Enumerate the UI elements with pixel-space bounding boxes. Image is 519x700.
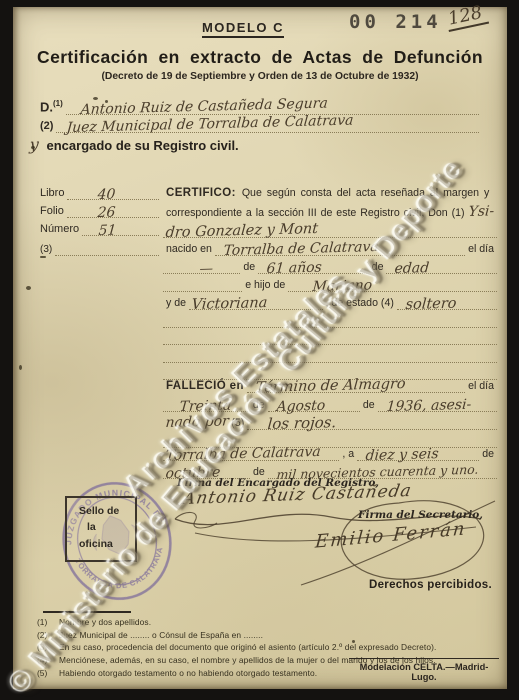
death-day-line: Treinta <box>163 394 250 412</box>
hijo-label: e hijo de <box>242 279 288 292</box>
dotted-line <box>163 327 497 345</box>
de-label-2: de <box>369 261 387 274</box>
footnote-text: Juez Municipal de ........ o Cónsul de E… <box>59 629 263 641</box>
death-day-handwriting: Treinta <box>179 399 232 414</box>
deceased-name-handwriting-1: Ysi- <box>468 204 495 219</box>
a-label: , a <box>339 448 357 461</box>
de-label-5: de <box>479 448 497 461</box>
footnote-text: En su caso, procedencia del documento qu… <box>59 641 436 653</box>
estado-label: , de estado (4) <box>323 297 397 310</box>
issue-place-row: Torralba de Calatrava , a diez y seis de <box>163 444 497 461</box>
age-line-2: 61 años <box>258 256 369 274</box>
sello-label-2: la <box>79 519 135 535</box>
death-cause-line: los rojos. <box>247 412 497 430</box>
field-d-label-sup: (1) <box>53 99 63 108</box>
issue-place-line: Torralba de Calatrava <box>163 443 339 461</box>
footnote-row-3: (3) En su caso, procedencia del document… <box>37 641 495 653</box>
mother-line: Victoriana <box>189 292 323 310</box>
dotted-line <box>163 310 497 328</box>
ink-speck <box>19 365 22 370</box>
ref3-label: (3) <box>37 244 55 256</box>
age-line-3: edad <box>386 256 497 274</box>
fallecio-row: FALLECIÓ en Término de Almagro el día <box>163 376 497 393</box>
numero-value-handwriting: 51 <box>98 223 117 238</box>
folio-label: Folio <box>37 205 67 218</box>
libro-row: Libro 40 <box>37 183 159 200</box>
age-row: — de 61 años de edad <box>163 257 497 274</box>
ink-speck <box>352 640 355 643</box>
folio-line: 26 <box>67 200 159 218</box>
age-line-1: — <box>163 256 240 274</box>
certifico-line1: CERTIFICO: Que según consta del acta res… <box>163 183 497 200</box>
ink-speck <box>40 256 46 258</box>
death-cause-handwriting-1: nado por <box>165 414 229 430</box>
handwritten-y-mark: y <box>29 137 39 153</box>
ink-speck <box>93 97 98 100</box>
death-year-line: 1936, asesi- <box>378 394 497 412</box>
death-date-row: Treinta de Agosto de 1936, asesi- <box>163 395 497 412</box>
dotted-line <box>163 345 497 363</box>
ref5-label: (5) <box>228 417 247 430</box>
document-paper: MODELO C 00 214 128 Certificación en ext… <box>13 7 507 689</box>
sello-label-1: Sello de <box>79 503 135 519</box>
footnote-num: (1) <box>37 616 59 628</box>
blank-line-3 <box>163 346 497 363</box>
footnote-num: (5) <box>37 667 59 679</box>
blank-line-1 <box>163 311 497 328</box>
printer-imprint: Modelación CELTA.—Madrid-Lugo. <box>349 658 499 682</box>
sello-label-3: oficina <box>79 536 135 552</box>
ink-speck <box>26 286 31 290</box>
certifico-keyword: CERTIFICO: <box>163 187 239 200</box>
death-place-handwriting: Término de Almagro <box>255 377 406 395</box>
de-label-1: de <box>240 261 258 274</box>
eldia-label-2: el día <box>465 380 497 393</box>
estado-line: soltero <box>397 292 497 310</box>
certifico-line2: correspondiente a la sección III de este… <box>163 203 497 220</box>
death-month-line: Agosto <box>268 394 360 412</box>
numero-row: Número 51 <box>37 219 159 236</box>
footnote-text: Habiendo otorgado testamento o no habien… <box>59 667 317 679</box>
birthplace-row: nacido en Torralba de Calatrava el día <box>163 239 497 256</box>
father-line-2: Mariano <box>288 274 497 292</box>
certifico-text2: correspondiente a la sección III de este… <box>163 207 468 220</box>
field-d-label: D.(1) <box>37 99 66 115</box>
office-seal-box: Sello de la oficina <box>65 496 137 562</box>
yde-label: y de <box>163 297 189 310</box>
blank-line-2 <box>163 328 497 345</box>
father-line-1 <box>163 274 242 292</box>
libro-label: Libro <box>37 187 67 200</box>
name-line: dro Gonzalez y Mont <box>163 220 497 238</box>
footnote-num: (2) <box>37 629 59 641</box>
folio-row: Folio 26 <box>37 201 159 218</box>
footnote-row-2: (2) Juez Municipal de ........ o Cónsul … <box>37 629 495 641</box>
ink-speck <box>31 146 35 149</box>
footnote-row-1: (1) Nombre y dos apellidos. <box>37 616 495 628</box>
death-place-line: Término de Almagro <box>247 375 465 393</box>
father-row: e hijo de Mariano <box>163 275 497 292</box>
ref3-row: (3) <box>37 239 159 256</box>
footnote-num: (4) <box>37 654 59 666</box>
certifico-text1: Que según consta del acta reseñada al ma… <box>239 187 492 200</box>
numero-line: 51 <box>82 218 159 236</box>
eldia-label-1: el día <box>465 243 497 256</box>
scan-background: MODELO C 00 214 128 Certificación en ext… <box>0 0 519 700</box>
numero-label: Número <box>37 223 82 236</box>
birthplace-line: Torralba de Calatrava <box>215 238 465 256</box>
mother-row: y de Victoriana , de estado (4) soltero <box>163 293 497 310</box>
field-2-label: (2) <box>37 120 56 133</box>
ref3-line <box>55 238 159 256</box>
fallecio-label: FALLECIÓ en <box>163 380 247 393</box>
certifico-line3: dro Gonzalez y Mont <box>163 221 497 238</box>
death-cause-row: nado por (5) los rojos. <box>163 413 497 430</box>
issue-day-line: diez y seis <box>357 443 479 461</box>
nacido-label: nacido en <box>163 243 215 256</box>
footnote-num: (3) <box>37 641 59 653</box>
field-d-label-main: D. <box>40 99 53 114</box>
de-label-3: de <box>250 399 268 412</box>
ink-speck <box>105 100 108 103</box>
libro-line: 40 <box>67 182 159 200</box>
de-label-4: de <box>360 399 378 412</box>
